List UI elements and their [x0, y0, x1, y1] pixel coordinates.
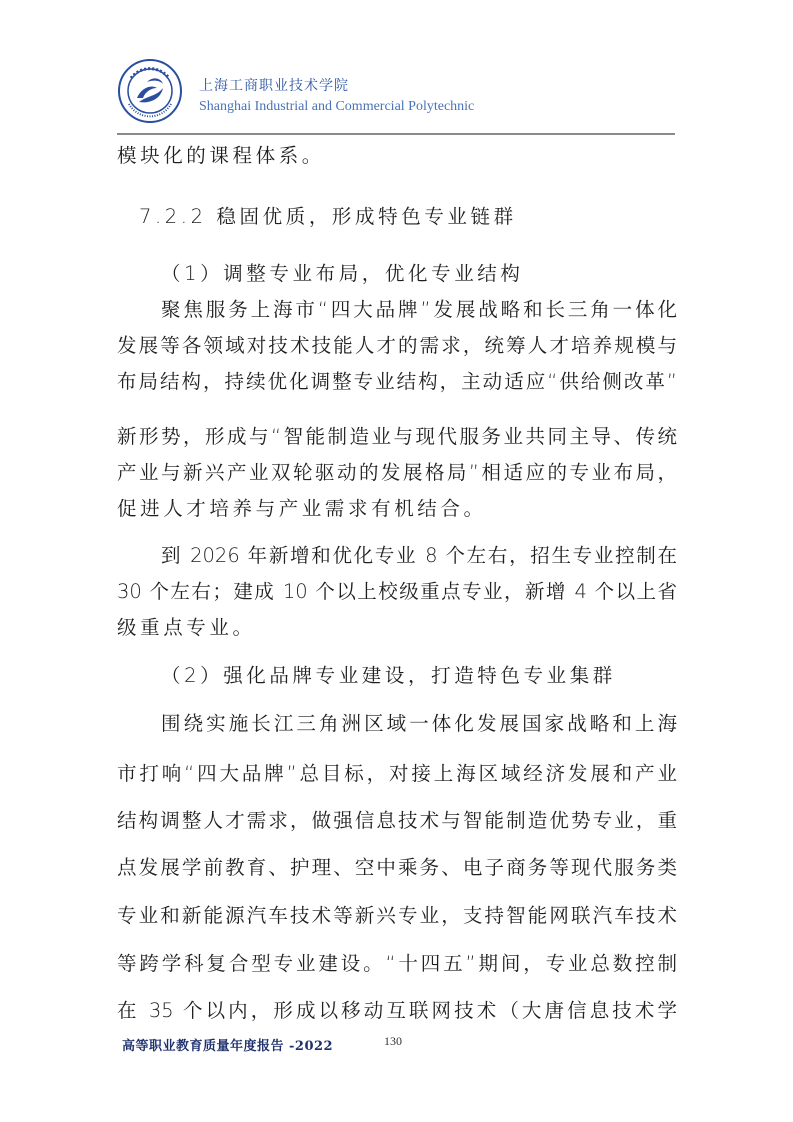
- text-line: 新形势，形成与“智能制造业与现代服务业共同主导、传统: [117, 424, 677, 450]
- school-name-block: 上海工商职业技术学院 Shanghai Industrial and Comme…: [199, 77, 474, 117]
- text-line: 专业和新能源汽车技术等新兴专业，支持智能网联汽车技术: [117, 903, 677, 929]
- text-line: （1）调整专业布局，优化专业结构: [161, 261, 524, 287]
- page-number: 130: [384, 1034, 402, 1049]
- text-line: 结构调整人才需求，做强信息技术与智能制造优势专业，重: [117, 808, 677, 834]
- text-line: 级重点专业。: [117, 615, 256, 641]
- text-line: （2）强化品牌专业建设，打造特色专业集群: [161, 663, 616, 689]
- school-name-cn: 上海工商职业技术学院: [199, 77, 474, 95]
- text-line: 7.2.2 稳固优质，形成特色专业链群: [139, 204, 517, 230]
- text-line: 围绕实施长江三角洲区域一体化发展国家战略和上海: [161, 711, 677, 737]
- page-header: 上海工商职业技术学院 Shanghai Industrial and Comme…: [117, 58, 677, 133]
- text-line: 聚焦服务上海市“四大品牌”发展战略和长三角一体化: [161, 297, 677, 323]
- school-name-en: Shanghai Industrial and Commercial Polyt…: [199, 97, 474, 117]
- text-line: 30 个左右；建成 10 个以上校级重点专业，新增 4 个以上省: [117, 579, 677, 605]
- text-line: 在 35 个以内，形成以移动互联网技术（大唐信息技术学: [117, 998, 677, 1024]
- text-line: 发展等各领域对技术技能人才的需求，统筹人才培养规模与: [117, 333, 677, 359]
- text-line: 布局结构，持续优化调整专业结构，主动适应“供给侧改革”: [117, 369, 677, 395]
- school-emblem-icon: [117, 58, 183, 124]
- text-line: 等跨学科复合型专业建设。“十四五”期间，专业总数控制: [117, 951, 677, 977]
- header-divider: [117, 133, 675, 135]
- footer-report-title: 高等职业教育质量年度报告 -2022: [122, 1035, 333, 1054]
- text-line: 点发展学前教育、护理、空中乘务、电子商务等现代服务类: [117, 855, 677, 881]
- text-line: 到 2026 年新增和优化专业 8 个左右，招生专业控制在: [161, 543, 677, 569]
- text-line: 市打响“四大品牌”总目标，对接上海区域经济发展和产业: [117, 761, 677, 787]
- text-line: 模块化的课程体系。: [117, 143, 325, 169]
- text-line: 促进人才培养与产业需求有机结合。: [117, 496, 487, 522]
- text-line: 产业与新兴产业双轮驱动的发展格局”相适应的专业布局，: [117, 460, 677, 486]
